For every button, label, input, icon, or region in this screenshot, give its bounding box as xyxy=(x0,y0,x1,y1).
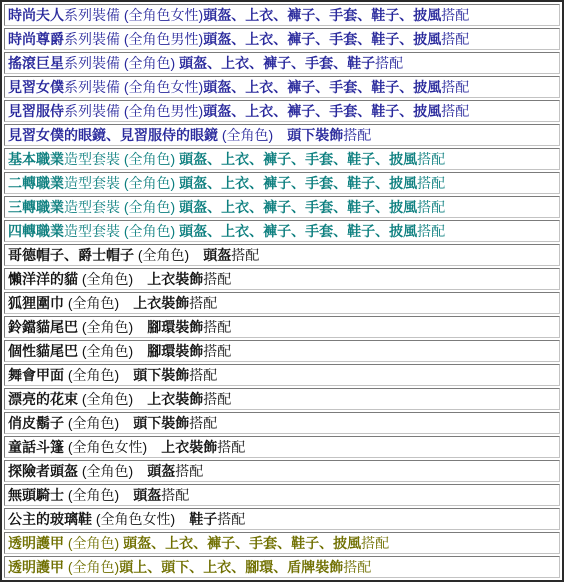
set-name: 舞會甲面 xyxy=(8,367,64,383)
equip-slot-list: 頭盔、上衣、褲子、手套、鞋子、披風 xyxy=(203,103,441,119)
set-name: 探險者頭盔 xyxy=(8,463,78,479)
set-name: 透明護甲 xyxy=(8,559,64,575)
set-name: 無頭騎士 xyxy=(8,487,64,503)
row-static-text: 系列裝備 (全角色男性) xyxy=(64,31,203,47)
row-static-text: (全角色) xyxy=(78,343,147,359)
row-static-text: 搭配 xyxy=(343,127,371,143)
row-static-text: 搭配 xyxy=(343,559,371,575)
row-static-text: 搭配 xyxy=(417,151,445,167)
table-row: 哥德帽子、爵士帽子 (全角色) 頭盔搭配 xyxy=(4,244,560,266)
equipment-set-table: 時尚夫人系列裝備 (全角色女性)頭盔、上衣、褲子、手套、鞋子、披風搭配時尚尊爵系… xyxy=(0,0,564,582)
set-row-cell: 四轉職業造型套裝 (全角色) 頭盔、上衣、褲子、手套、鞋子、披風搭配 xyxy=(4,220,560,242)
equip-slot-list: 上衣裝飾 xyxy=(147,391,203,407)
row-static-text: 系列裝備 (全角色女性) xyxy=(64,79,203,95)
set-row-cell: 三轉職業造型套裝 (全角色) 頭盔、上衣、褲子、手套、鞋子、披風搭配 xyxy=(4,196,560,218)
set-name: 童話斗篷 xyxy=(8,439,64,455)
row-static-text: 搭配 xyxy=(189,415,217,431)
equip-slot-list: 頭盔、上衣、褲子、手套、鞋子、披風 xyxy=(179,223,417,239)
row-static-text: 造型套裝 (全角色) xyxy=(64,151,179,167)
row-static-text: 造型套裝 (全角色) xyxy=(64,199,179,215)
table-row: 透明護甲 (全角色) 頭盔、上衣、褲子、手套、鞋子、披風搭配 xyxy=(4,532,560,554)
set-row-cell: 鈴鐺貓尾巴 (全角色) 腳環裝飾搭配 xyxy=(4,316,560,338)
set-name: 見習女僕的眼鏡、見習服侍的眼鏡 xyxy=(8,127,218,143)
set-row-cell: 時尚尊爵系列裝備 (全角色男性)頭盔、上衣、褲子、手套、鞋子、披風搭配 xyxy=(4,28,560,50)
set-name: 哥德帽子、爵士帽子 xyxy=(8,247,134,263)
set-name: 時尚夫人 xyxy=(8,7,64,23)
equip-slot-list: 頭盔 xyxy=(147,463,175,479)
row-static-text: 搭配 xyxy=(161,487,189,503)
row-static-text: 搭配 xyxy=(175,463,203,479)
equip-slot-list: 頭下裝飾 xyxy=(133,367,189,383)
set-row-cell: 狐狸圍巾 (全角色) 上衣裝飾搭配 xyxy=(4,292,560,314)
equip-slot-list: 頭盔、上衣、褲子、手套、鞋子、披風 xyxy=(123,535,361,551)
row-static-text: (全角色) xyxy=(64,415,133,431)
equip-slot-list: 頭盔 xyxy=(133,487,161,503)
set-name: 三轉職業 xyxy=(8,199,64,215)
row-static-text: (全角色) xyxy=(78,271,147,287)
set-name: 搖滾巨星 xyxy=(8,55,64,71)
table-row: 透明護甲 (全角色)頭上、頭下、上衣、腳環、盾牌裝飾搭配 xyxy=(4,556,560,578)
set-row-cell: 俏皮鬍子 (全角色) 頭下裝飾搭配 xyxy=(4,412,560,434)
table-row: 舞會甲面 (全角色) 頭下裝飾搭配 xyxy=(4,364,560,386)
table-row: 無頭騎士 (全角色) 頭盔搭配 xyxy=(4,484,560,506)
row-static-text: (全角色) xyxy=(134,247,203,263)
table-row: 時尚尊爵系列裝備 (全角色男性)頭盔、上衣、褲子、手套、鞋子、披風搭配 xyxy=(4,28,560,50)
equip-slot-list: 頭盔、上衣、褲子、手套、鞋子 xyxy=(179,55,375,71)
equip-slot-list: 腳環裝飾 xyxy=(147,319,203,335)
table-row: 狐狸圍巾 (全角色) 上衣裝飾搭配 xyxy=(4,292,560,314)
set-name: 四轉職業 xyxy=(8,223,64,239)
row-static-text: 系列裝備 (全角色) xyxy=(64,55,179,71)
set-row-cell: 見習女僕系列裝備 (全角色女性)頭盔、上衣、褲子、手套、鞋子、披風搭配 xyxy=(4,76,560,98)
set-row-cell: 哥德帽子、爵士帽子 (全角色) 頭盔搭配 xyxy=(4,244,560,266)
row-static-text: 搭配 xyxy=(203,343,231,359)
table-row: 懶洋洋的貓 (全角色) 上衣裝飾搭配 xyxy=(4,268,560,290)
table-row: 俏皮鬍子 (全角色) 頭下裝飾搭配 xyxy=(4,412,560,434)
row-static-text: 造型套裝 (全角色) xyxy=(64,175,179,191)
row-static-text: (全角色) xyxy=(64,559,119,575)
row-static-text: 搭配 xyxy=(441,7,469,23)
set-name: 時尚尊爵 xyxy=(8,31,64,47)
equip-slot-list: 頭盔、上衣、褲子、手套、鞋子、披風 xyxy=(203,79,441,95)
set-name: 透明護甲 xyxy=(8,535,64,551)
set-name: 懶洋洋的貓 xyxy=(8,271,78,287)
table-row: 鈴鐺貓尾巴 (全角色) 腳環裝飾搭配 xyxy=(4,316,560,338)
row-static-text: 系列裝備 (全角色男性) xyxy=(64,103,203,119)
row-static-text: (全角色女性) xyxy=(64,439,161,455)
row-static-text: 搭配 xyxy=(441,31,469,47)
row-static-text: 搭配 xyxy=(231,247,259,263)
equip-slot-list: 頭下裝飾 xyxy=(287,127,343,143)
row-static-text: 搭配 xyxy=(417,199,445,215)
set-row-cell: 時尚夫人系列裝備 (全角色女性)頭盔、上衣、褲子、手套、鞋子、披風搭配 xyxy=(4,4,560,26)
set-row-cell: 公主的玻璃鞋 (全角色女性) 鞋子搭配 xyxy=(4,508,560,530)
equip-slot-list: 頭下裝飾 xyxy=(133,415,189,431)
set-name: 漂亮的花束 xyxy=(8,391,78,407)
set-name: 見習服侍 xyxy=(8,103,64,119)
row-static-text: (全角色) xyxy=(78,391,147,407)
equip-slot-list: 腳環裝飾 xyxy=(147,343,203,359)
row-static-text: 搭配 xyxy=(441,79,469,95)
table-row: 三轉職業造型套裝 (全角色) 頭盔、上衣、褲子、手套、鞋子、披風搭配 xyxy=(4,196,560,218)
set-name: 二轉職業 xyxy=(8,175,64,191)
row-static-text: (全角色) xyxy=(218,127,287,143)
row-static-text: 搭配 xyxy=(361,535,389,551)
table-row: 個性貓尾巴 (全角色) 腳環裝飾搭配 xyxy=(4,340,560,362)
set-row-cell: 透明護甲 (全角色) 頭盔、上衣、褲子、手套、鞋子、披風搭配 xyxy=(4,532,560,554)
row-static-text: 搭配 xyxy=(441,103,469,119)
equip-slot-list: 頭盔、上衣、褲子、手套、鞋子、披風 xyxy=(203,7,441,23)
row-static-text: 搭配 xyxy=(375,55,403,71)
equip-slot-list: 上衣裝飾 xyxy=(161,439,217,455)
table-row: 搖滾巨星系列裝備 (全角色) 頭盔、上衣、褲子、手套、鞋子搭配 xyxy=(4,52,560,74)
equip-slot-list: 上衣裝飾 xyxy=(133,295,189,311)
equip-slot-list: 鞋子 xyxy=(189,511,217,527)
table-row: 漂亮的花束 (全角色) 上衣裝飾搭配 xyxy=(4,388,560,410)
set-row-cell: 二轉職業造型套裝 (全角色) 頭盔、上衣、褲子、手套、鞋子、披風搭配 xyxy=(4,172,560,194)
row-static-text: 搭配 xyxy=(417,223,445,239)
table-row: 時尚夫人系列裝備 (全角色女性)頭盔、上衣、褲子、手套、鞋子、披風搭配 xyxy=(4,4,560,26)
table-row: 童話斗篷 (全角色女性) 上衣裝飾搭配 xyxy=(4,436,560,458)
row-static-text: (全角色) xyxy=(64,367,133,383)
set-row-cell: 童話斗篷 (全角色女性) 上衣裝飾搭配 xyxy=(4,436,560,458)
set-row-cell: 懶洋洋的貓 (全角色) 上衣裝飾搭配 xyxy=(4,268,560,290)
equip-slot-list: 頭盔、上衣、褲子、手套、鞋子、披風 xyxy=(179,151,417,167)
row-static-text: (全角色) xyxy=(78,463,147,479)
row-static-text: 系列裝備 (全角色女性) xyxy=(64,7,203,23)
set-row-cell: 搖滾巨星系列裝備 (全角色) 頭盔、上衣、褲子、手套、鞋子搭配 xyxy=(4,52,560,74)
row-static-text: 搭配 xyxy=(203,319,231,335)
set-row-cell: 漂亮的花束 (全角色) 上衣裝飾搭配 xyxy=(4,388,560,410)
set-name: 見習女僕 xyxy=(8,79,64,95)
row-static-text: 搭配 xyxy=(417,175,445,191)
set-row-cell: 基本職業造型套裝 (全角色) 頭盔、上衣、褲子、手套、鞋子、披風搭配 xyxy=(4,148,560,170)
row-static-text: (全角色) xyxy=(64,295,133,311)
table-row: 公主的玻璃鞋 (全角色女性) 鞋子搭配 xyxy=(4,508,560,530)
equip-slot-list: 頭盔、上衣、褲子、手套、鞋子、披風 xyxy=(179,175,417,191)
set-name: 公主的玻璃鞋 xyxy=(8,511,92,527)
row-static-text: 造型套裝 (全角色) xyxy=(64,223,179,239)
set-row-cell: 無頭騎士 (全角色) 頭盔搭配 xyxy=(4,484,560,506)
table-row: 四轉職業造型套裝 (全角色) 頭盔、上衣、褲子、手套、鞋子、披風搭配 xyxy=(4,220,560,242)
row-static-text: 搭配 xyxy=(203,271,231,287)
equipment-set-rows: 時尚夫人系列裝備 (全角色女性)頭盔、上衣、褲子、手套、鞋子、披風搭配時尚尊爵系… xyxy=(4,4,560,578)
set-row-cell: 見習女僕的眼鏡、見習服侍的眼鏡 (全角色) 頭下裝飾搭配 xyxy=(4,124,560,146)
set-name: 基本職業 xyxy=(8,151,64,167)
equip-slot-list: 頭盔 xyxy=(203,247,231,263)
set-row-cell: 個性貓尾巴 (全角色) 腳環裝飾搭配 xyxy=(4,340,560,362)
set-row-cell: 透明護甲 (全角色)頭上、頭下、上衣、腳環、盾牌裝飾搭配 xyxy=(4,556,560,578)
table-row: 探險者頭盔 (全角色) 頭盔搭配 xyxy=(4,460,560,482)
row-static-text: 搭配 xyxy=(189,367,217,383)
table-row: 見習服侍系列裝備 (全角色男性)頭盔、上衣、褲子、手套、鞋子、披風搭配 xyxy=(4,100,560,122)
row-static-text: (全角色女性) xyxy=(92,511,189,527)
set-row-cell: 見習服侍系列裝備 (全角色男性)頭盔、上衣、褲子、手套、鞋子、披風搭配 xyxy=(4,100,560,122)
row-static-text: (全角色) xyxy=(78,319,147,335)
row-static-text: (全角色) xyxy=(64,487,133,503)
set-name: 個性貓尾巴 xyxy=(8,343,78,359)
set-row-cell: 舞會甲面 (全角色) 頭下裝飾搭配 xyxy=(4,364,560,386)
table-row: 見習女僕的眼鏡、見習服侍的眼鏡 (全角色) 頭下裝飾搭配 xyxy=(4,124,560,146)
row-static-text: 搭配 xyxy=(217,511,245,527)
set-name: 俏皮鬍子 xyxy=(8,415,64,431)
row-static-text: 搭配 xyxy=(189,295,217,311)
table-row: 二轉職業造型套裝 (全角色) 頭盔、上衣、褲子、手套、鞋子、披風搭配 xyxy=(4,172,560,194)
table-row: 基本職業造型套裝 (全角色) 頭盔、上衣、褲子、手套、鞋子、披風搭配 xyxy=(4,148,560,170)
row-static-text: 搭配 xyxy=(217,439,245,455)
set-name: 狐狸圍巾 xyxy=(8,295,64,311)
equip-slot-list: 頭盔、上衣、褲子、手套、鞋子、披風 xyxy=(179,199,417,215)
row-static-text: 搭配 xyxy=(203,391,231,407)
equip-slot-list: 上衣裝飾 xyxy=(147,271,203,287)
set-row-cell: 探險者頭盔 (全角色) 頭盔搭配 xyxy=(4,460,560,482)
equip-slot-list: 頭上、頭下、上衣、腳環、盾牌裝飾 xyxy=(119,559,343,575)
row-static-text: (全角色) xyxy=(64,535,123,551)
equip-slot-list: 頭盔、上衣、褲子、手套、鞋子、披風 xyxy=(203,31,441,47)
set-name: 鈴鐺貓尾巴 xyxy=(8,319,78,335)
table-row: 見習女僕系列裝備 (全角色女性)頭盔、上衣、褲子、手套、鞋子、披風搭配 xyxy=(4,76,560,98)
